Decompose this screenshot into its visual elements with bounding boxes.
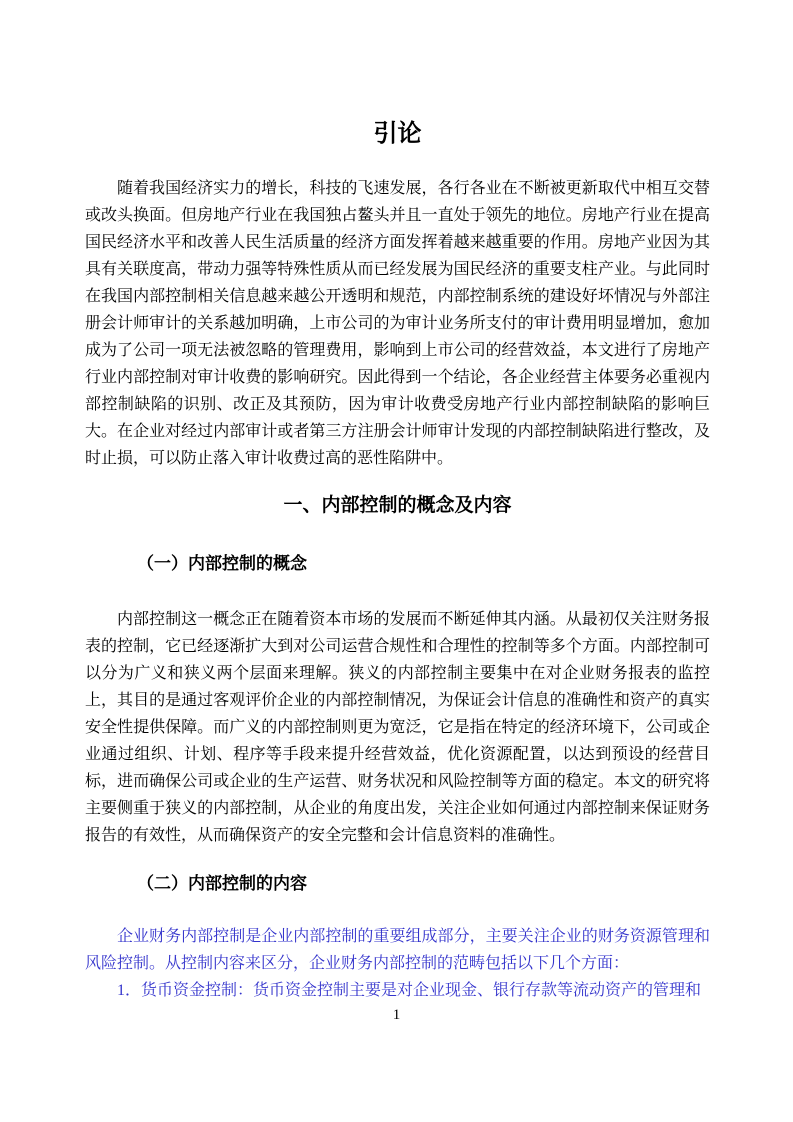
content-paragraph: 企业财务内部控制是企业内部控制的重要组成部分，主要关注企业的财务资源管理和风险控… xyxy=(85,923,710,977)
document-page: 引论 随着我国经济实力的增长，科技的飞速发展，各行各业在不断被更新取代中相互交替… xyxy=(0,0,793,1122)
concept-paragraph: 内部控制这一概念正在随着资本市场的发展而不断延伸其内涵。从最初仅关注财务报表的控… xyxy=(85,606,710,849)
list-item-monetary-funds: 1．货币资金控制：货币资金控制主要是对企业现金、银行存款等流动资产的管理和 xyxy=(85,977,710,1004)
document-title: 引论 xyxy=(85,118,710,150)
document-content: 引论 随着我国经济实力的增长，科技的飞速发展，各行各业在不断被更新取代中相互交替… xyxy=(85,0,710,1004)
intro-paragraph: 随着我国经济实力的增长，科技的飞速发展，各行各业在不断被更新取代中相互交替或改头… xyxy=(85,175,710,472)
subsection-heading-concept: （一）内部控制的概念 xyxy=(85,550,710,577)
section-heading-1: 一、内部控制的概念及内容 xyxy=(85,492,710,520)
subsection-heading-content: （二）内部控制的内容 xyxy=(85,870,710,897)
page-number: 1 xyxy=(0,1005,793,1025)
